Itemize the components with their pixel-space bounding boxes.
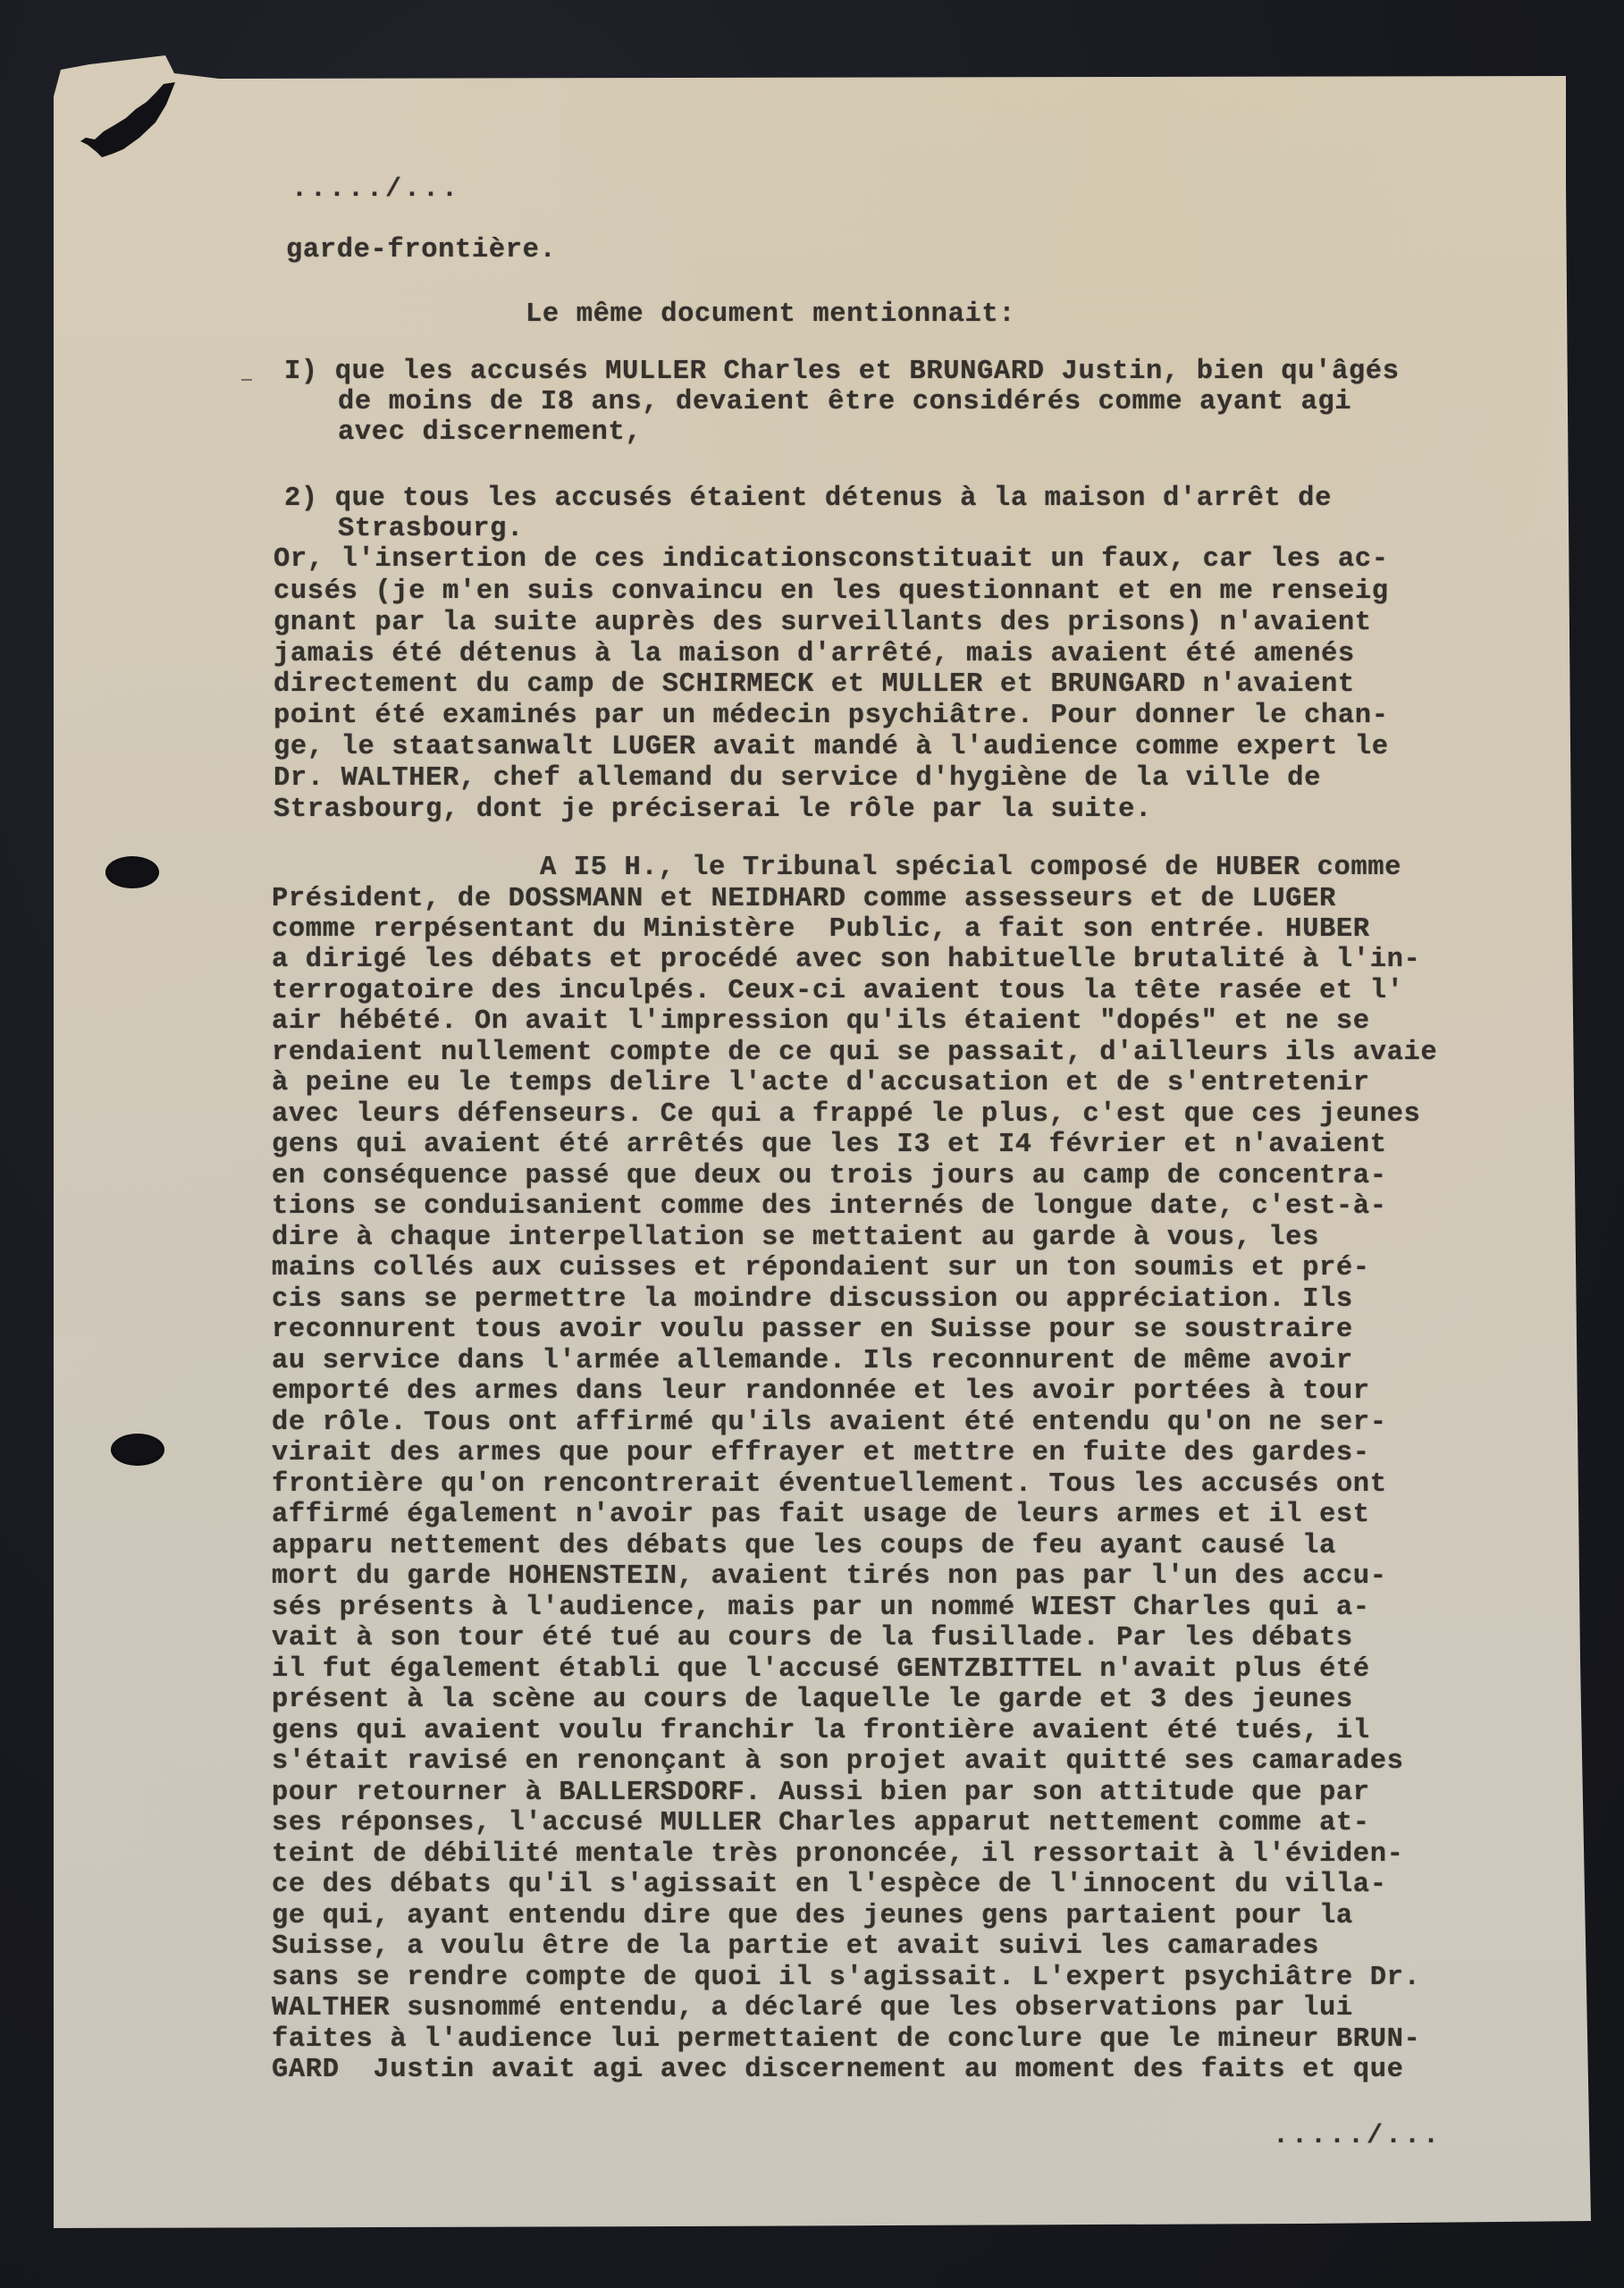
paragraph-line: gens qui avaient été arrêtés que les I3 …	[272, 1131, 1387, 1161]
paragraph-line: a dirigé les débats et procédé avec son …	[272, 946, 1420, 976]
paragraph-line: en conséquence passé que deux ou trois j…	[272, 1162, 1387, 1192]
torn-hole-icon	[77, 82, 184, 181]
paragraph-line: affirmé également n'avoir pas fait usage…	[272, 1501, 1370, 1531]
paragraph-line: s'était ravisé en renonçant à son projet…	[272, 1747, 1404, 1778]
paragraph-line: ses réponses, l'accusé MULLER Charles ap…	[272, 1809, 1370, 1839]
text-line: garde-frontière.	[286, 236, 556, 266]
paragraph-line: faites à l'audience lui permettaient de …	[272, 2025, 1420, 2056]
paragraph-line: WALTHER susnommé entendu, a déclaré que …	[272, 1994, 1353, 2024]
paragraph-line: ge, le staatsanwalt LUGER avait mandé à …	[273, 733, 1389, 763]
paragraph-line: à peine eu le temps delire l'acte d'accu…	[272, 1069, 1370, 1099]
paragraph-line: reconnurent tous avoir voulu passer en S…	[272, 1316, 1353, 1346]
paragraph-line: apparu nettement des débats que les coup…	[272, 1532, 1336, 1562]
paragraph-line: GARD Justin avait agi avec discernement …	[272, 2056, 1404, 2086]
margin-pencil-mark	[241, 379, 252, 381]
paragraph-line: ge qui, ayant entendu dire que des jeune…	[272, 1902, 1353, 1932]
paragraph-line: frontière qu'on rencontrerait éventuelle…	[272, 1470, 1387, 1501]
paragraph-line: Or, l'insertion de ces indicationsconsti…	[273, 545, 1389, 576]
list-item-2-line: Strasbourg.	[338, 515, 524, 545]
paragraph-line: emporté des armes dans leur randonnée et…	[272, 1377, 1370, 1408]
paragraph-line: comme rerpésentant du Ministère Public, …	[272, 915, 1370, 946]
paragraph-line: pour retourner à BALLERSDORF. Aussi bien…	[272, 1779, 1370, 1809]
paragraph-line: dire à chaque interpellation se mettaien…	[272, 1224, 1319, 1254]
list-item-2-line: 2) que tous les accusés étaient détenus …	[284, 484, 1332, 515]
paragraph-line: teint de débilité mentale très prononcée…	[272, 1840, 1404, 1871]
paragraph-line: jamais été détenus à la maison d'arrêté,…	[273, 640, 1355, 670]
paragraph-line: mains collés aux cuisses et répondaient …	[272, 1254, 1370, 1284]
paragraph-line: ce des débats qu'il s'agissait en l'espè…	[272, 1871, 1387, 1901]
punch-hole-upper	[105, 856, 159, 888]
paragraph-line: mort du garde HOHENSTEIN, avaient tirés …	[272, 1562, 1387, 1593]
paragraph-line: point été examinés par un médecin psychi…	[273, 702, 1389, 732]
paragraph-line: il fut également établi que l'accusé GEN…	[272, 1655, 1370, 1686]
paragraph-line: Strasbourg, dont je préciserai le rôle p…	[273, 795, 1152, 826]
paragraph-line: Dr. WALTHER, chef allemand du service d'…	[273, 764, 1321, 795]
paragraph-line: vait à son tour été tué au cours de la f…	[272, 1624, 1353, 1654]
paragraph-line: sans se rendre compte de quoi il s'agiss…	[272, 1964, 1420, 1994]
continuation-marker-bottom: ...../...	[1273, 2122, 1442, 2152]
list-item-1-line: avec discernement,	[338, 418, 642, 449]
paragraph-line: tions se conduisanient comme des interné…	[272, 1192, 1387, 1223]
paragraph-line: sés présents à l'audience, mais par un n…	[272, 1594, 1370, 1624]
list-item-1-line: de moins de I8 ans, devaient être consid…	[338, 388, 1351, 418]
paragraph-line: directement du camp de SCHIRMECK et MULL…	[273, 670, 1355, 701]
continuation-marker-top: ...../...	[291, 175, 460, 206]
paragraph-line: cusés (je m'en suis convaincu en les que…	[273, 577, 1389, 608]
paragraph-line: présent à la scène au cours de laquelle …	[272, 1686, 1353, 1716]
paragraph-line: au service dans l'armée allemande. Ils r…	[272, 1347, 1353, 1377]
paragraph-line: rendaient nullement compte de ce qui se …	[272, 1039, 1437, 1069]
paragraph-line: A I5 H., le Tribunal spécial composé de …	[540, 854, 1401, 884]
paragraph-line: air hébété. On avait l'impression qu'ils…	[272, 1007, 1370, 1038]
paragraph-line: Suisse, a voulu être de la partie et ava…	[272, 1932, 1319, 1963]
paragraph-line: virait des armes que pour effrayer et me…	[272, 1439, 1370, 1469]
paragraph-line: cis sans se permettre la moindre discuss…	[272, 1285, 1353, 1316]
paragraph-line: Président, de DOSSMANN et NEIDHARD comme…	[272, 885, 1336, 915]
punch-hole-lower	[111, 1434, 164, 1466]
paragraph-line: gnant par la suite auprès des surveillan…	[273, 609, 1372, 639]
paragraph-line: avec leurs défenseurs. Ce qui a frappé l…	[272, 1100, 1420, 1131]
paragraph-line: de rôle. Tous ont affirmé qu'ils avaient…	[272, 1409, 1387, 1439]
paragraph-line: terrogatoire des inculpés. Ceux-ci avaie…	[272, 977, 1404, 1007]
list-item-1-line: I) que les accusés MULLER Charles et BRU…	[284, 357, 1400, 388]
paragraph-line: gens qui avaient voulu franchir la front…	[272, 1717, 1370, 1747]
section-heading: Le même document mentionnait:	[526, 300, 1015, 331]
